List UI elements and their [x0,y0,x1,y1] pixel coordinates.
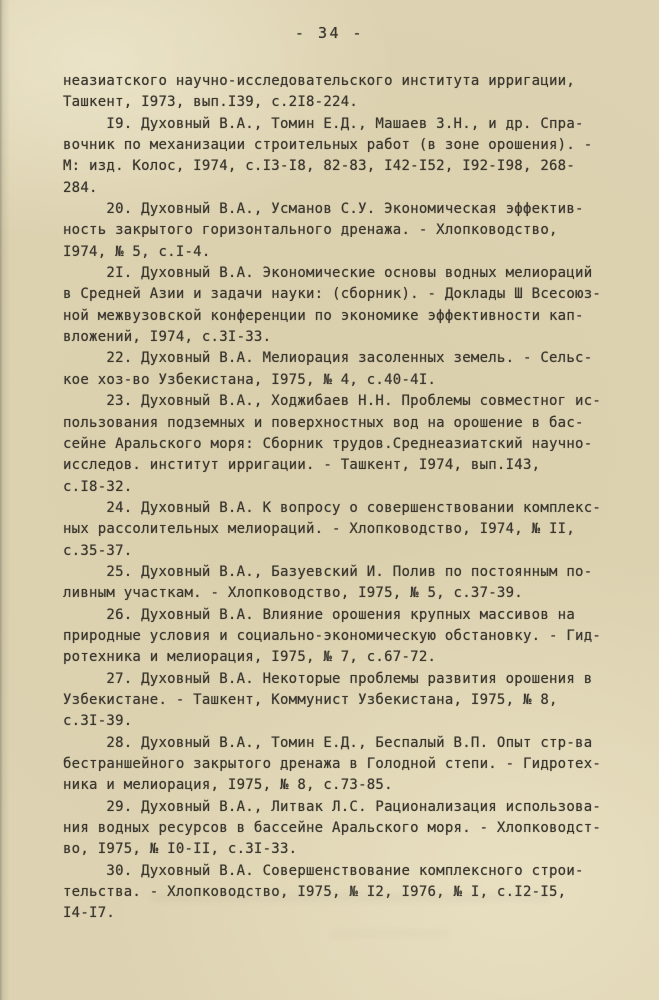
text-line: вочник по механизации строительных работ… [63,135,623,156]
text-line: 284. [63,178,623,199]
text-line: 2I. Духовный В.А. Экономические основы в… [63,263,623,284]
text-line: ливным участкам. - Хлопководство, I975, … [63,583,623,604]
text-line: 24. Духовный В.А. К вопросу о совершенст… [63,498,623,519]
text-line: I9. Духовный В.А., Томин Е.Д., Машаев З.… [63,114,623,135]
text-line: в Средней Азии и задачи науки: (сборник)… [63,284,623,305]
text-line: 25. Духовный В.А., Базуевский И. Полив п… [63,562,623,583]
text-line: 30. Духовный В.А. Совершенствование комп… [63,861,623,882]
text-line: ной межвузовской конференции по экономик… [63,306,623,327]
text-line: 28. Духовный В.А., Томин Е.Д., Беспалый … [63,733,623,754]
text-line: сейне Аральского моря: Сборник трудов.Ср… [63,434,623,455]
text-line: I974, № 5, с.I-4. [63,242,623,263]
bleed-through-smudge [330,930,450,937]
text-line: 27. Духовный В.А. Некоторые проблемы раз… [63,669,623,690]
text-line: бестраншейного закрытого дренажа в Голод… [63,754,623,775]
scanned-page: - 34 - неазиатского научно-исследователь… [0,0,659,1000]
text-line: I4-I7. [63,903,623,924]
text-line: с.3I-39. [63,711,623,732]
text-line: неазиатского научно-исследовательского и… [63,71,623,92]
text-line: с.I8-32. [63,477,623,498]
text-line: Узбекистане. - Ташкент, Коммунист Узбеки… [63,690,623,711]
text-line: ника и мелиорация, I975, № 8, с.73-85. [63,775,623,796]
text-line: ных рассолительных мелиораций. - Хлопков… [63,519,623,540]
text-line: во, I975, № I0-II, с.3I-33. [63,839,623,860]
text-line: кое хоз-во Узбекистана, I975, № 4, с.40-… [63,370,623,391]
text-line: ния водных ресурсов в бассейне Аральског… [63,818,623,839]
text-line: 26. Духовный В.А. Влияние орошения крупн… [63,605,623,626]
text-line: с.35-37. [63,541,623,562]
text-line: пользования подземных и поверхностных во… [63,413,623,434]
text-line: вложений, I974, с.3I-33. [63,327,623,348]
text-line: М: изд. Колос, I974, с.I3-I8, 82-83, I42… [63,156,623,177]
text-line: ность закрытого горизонтального дренажа.… [63,220,623,241]
text-line: исследов. институт ирригации. - Ташкент,… [63,455,623,476]
bibliography-text-block: неазиатского научно-исследовательского и… [63,71,623,925]
page-number: - 34 - [0,24,659,42]
bleed-through-smudge [150,893,550,902]
text-line: природные условия и социально-экономичес… [63,626,623,647]
text-line: 29. Духовный В.А., Литвак Л.С. Рационали… [63,797,623,818]
text-line: 22. Духовный В.А. Мелиорация засоленных … [63,348,623,369]
text-line: 23. Духовный В.А., Ходжибаев Н.Н. Пробле… [63,391,623,412]
text-line: 20. Духовный В.А., Усманов С.У. Экономич… [63,199,623,220]
text-line: ротехника и мелиорация, I975, № 7, с.67-… [63,647,623,668]
text-line: Ташкент, I973, вып.I39, с.2I8-224. [63,92,623,113]
